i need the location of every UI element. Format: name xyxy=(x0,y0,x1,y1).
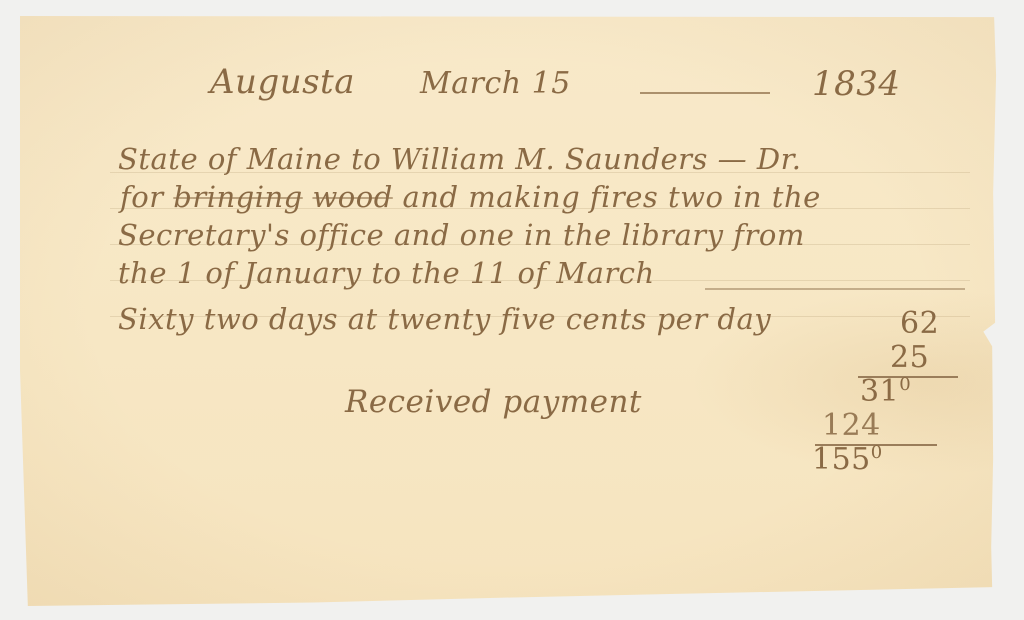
received-payment-note: Received payment xyxy=(345,384,642,420)
struck-word-wood: wood xyxy=(312,180,392,214)
heading-date: March 15 xyxy=(420,66,571,101)
heading-place: Augusta xyxy=(210,62,355,102)
body-line-1: State of Maine to William M. Saunders — … xyxy=(118,142,802,176)
calc-addition: 124 xyxy=(822,408,881,443)
body-line-5: Sixty two days at twenty five cents per … xyxy=(118,302,771,336)
calc-days: 62 xyxy=(900,306,939,341)
body-line-4: the 1 of January to the 11 of March xyxy=(118,256,655,290)
body-line-3: Secretary's office and one in the librar… xyxy=(118,218,805,252)
body-line-2: for bringing wood and making fires two i… xyxy=(120,180,821,214)
body-line-2-start: for xyxy=(120,180,164,214)
calc-rate: 25 xyxy=(890,340,929,375)
body-line-2-rest: and making fires two in the xyxy=(403,180,821,214)
calc-total-sup: 0 xyxy=(871,442,883,463)
calc-total-value: 155 xyxy=(812,442,871,477)
heading-dash xyxy=(640,92,770,94)
line-4-fill-rule xyxy=(705,288,965,290)
calc-subtotal-value: 31 xyxy=(860,374,899,409)
heading-year: 1834 xyxy=(812,64,901,104)
struck-word-bringing: bringing xyxy=(173,180,302,214)
calc-subtotal-sup: 0 xyxy=(899,374,911,395)
calc-subtotal: 310 xyxy=(860,374,911,409)
calc-total: 1550 xyxy=(812,442,883,477)
